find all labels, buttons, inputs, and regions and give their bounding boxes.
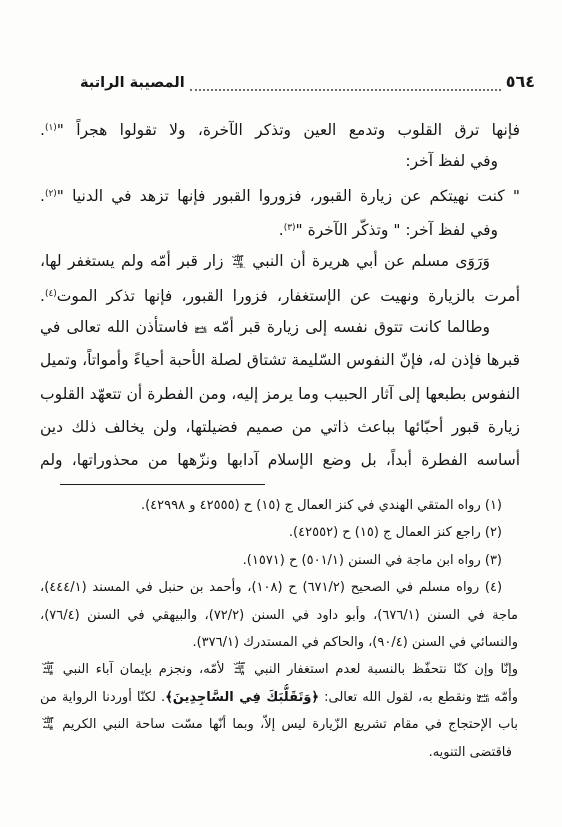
header-title: المصيبة الراتبة (80, 75, 185, 91)
text-segment: وطالما كانت تتوق نفسه إلى زيارة قبر أمّه (207, 318, 490, 336)
text-segment: باب الإحتجاج في مقام تشريع الزّيارة ليس … (56, 717, 518, 732)
footnote-line: باب الإحتجاج في مقام تشريع الزّيارة ليس … (40, 711, 518, 738)
text-segment: (٤) رواه مسلم في الصحيح (٦٧١/٢) ح (١٠٨)،… (40, 580, 502, 601)
body-line: " كنت نهيتكم عن زيارة القبور، فزوروا الق… (40, 178, 520, 211)
footnote-line: والنسائي في السنن (٩٠/٤)، والحاكم في الم… (40, 629, 518, 656)
footnote-separator (60, 484, 265, 485)
text-segment: وإنّا وإن كنّا نتحفّظ بالنسبة لعدم استغف… (247, 662, 518, 677)
body-line: وَرَوَى مسلم عن أبي هريرة أن النبي صلى ا… (40, 245, 520, 278)
text-segment: أمرت بالزيارة ونهيت عن الإستغفار، فزورا … (57, 287, 520, 305)
body-line: أمرت بالزيارة ونهيت عن الإستغفار، فزورا … (40, 278, 520, 311)
book-page: ٥٦٤ المصيبة الراتبة فإنها ترق القلوب وتد… (0, 0, 562, 827)
text-segment: النفوس بطبعها إلى آثار الحبيب وما يرمز إ… (40, 385, 520, 403)
footnote-line: وأمّه عليها السلام ونقطع به، لقول الله ت… (40, 684, 518, 711)
text-segment: " كنت نهيتكم عن زيارة القبور، فزوروا الق… (57, 187, 520, 205)
text-segment: لأمّه، ونجزم بإيمان آباء النبي (56, 662, 231, 677)
body-line: وفي لفظ آخر: " وتذكّر الآخرة "(٣). (40, 212, 520, 245)
page-number: ٥٦٤ (506, 72, 535, 91)
footnote-line: (٤) رواه مسلم في الصحيح (٦٧١/٢) ح (١٠٨)،… (40, 574, 518, 601)
text-segment: فاقتضى التنويه. (429, 745, 512, 760)
honorific-as-icon: عليها السلام (477, 694, 489, 702)
text-segment: وَرَوَى مسلم عن أبي هريرة أن النبي (246, 252, 490, 270)
text-segment: أساسه الفطرة أبداً، بل وضع الإسلام آدابه… (40, 451, 520, 469)
text-segment: قبرها فإذن له، فإنّ النفوس السّليمة تشتا… (40, 351, 520, 369)
text-segment: وأمّه (489, 690, 518, 705)
honorific-pbuh-icon: صلى الله عليه وآله (231, 661, 247, 675)
footnote-ref: (٢) (45, 189, 57, 199)
honorific-pbuh-icon: صلى الله عليه وآله (230, 254, 246, 268)
quran-verse: ﴿وَتَقَلُّبَكَ فِي السَّاجِدِينَ﴾ (165, 690, 319, 705)
text-segment: (٢) راجع كنز العمال ج (١٥) ح (٤٢٥٥٢). (289, 525, 502, 540)
body-line: أساسه الفطرة أبداً، بل وضع الإسلام آدابه… (40, 444, 520, 477)
footnote-ref: (٤) (45, 289, 57, 299)
body-line: زيارة قبور أحبّائها بباعث ذاتي من صميم ف… (40, 411, 520, 444)
body-line: النفوس بطبعها إلى آثار الحبيب وما يرمز إ… (40, 378, 520, 411)
text-segment: وفي لفظ آخر: (405, 152, 498, 170)
text-segment: (١) رواه المتقي الهندي في كنز العمال ج (… (141, 498, 502, 513)
honorific-pbuh-icon: صلى الله عليه وآله (40, 661, 56, 675)
footnote-line: (٣) رواه ابن ماجة في السنن (٥٠١/١) ح (١٥… (40, 547, 518, 574)
footnote-ref: (١) (45, 123, 57, 133)
body-line: فإنها ترق القلوب وتدمع العين وتذكر الآخر… (40, 112, 520, 145)
text-segment: ونقطع به، لقول الله تعالى: (319, 690, 477, 705)
footnote-line: (١) رواه المتقي الهندي في كنز العمال ج (… (40, 492, 518, 519)
body-text: فإنها ترق القلوب وتدمع العين وتذكر الآخر… (40, 112, 520, 477)
honorific-pbuh-icon: صلى الله عليه وآله (40, 716, 56, 730)
text-segment: والنسائي في السنن (٩٠/٤)، والحاكم في الم… (192, 635, 518, 650)
footnote-line: فاقتضى التنويه. (40, 739, 518, 766)
header-dotted-leader-icon (190, 76, 501, 91)
honorific-as-icon: عليها السلام (195, 326, 207, 334)
footnotes: (١) رواه المتقي الهندي في كنز العمال ج (… (40, 492, 518, 766)
footnote-line: (٢) راجع كنز العمال ج (١٥) ح (٤٢٥٥٢). (40, 519, 518, 546)
body-line: وطالما كانت تتوق نفسه إلى زيارة قبر أمّه… (40, 311, 520, 344)
text-segment: فإنها ترق القلوب وتدمع العين وتذكر الآخر… (57, 121, 520, 139)
page-header: ٥٦٤ المصيبة الراتبة (80, 72, 535, 91)
text-segment: (٣) رواه ابن ماجة في السنن (٥٠١/١) ح (١٥… (243, 553, 502, 568)
footnote-line: وإنّا وإن كنّا نتحفّظ بالنسبة لعدم استغف… (40, 656, 518, 683)
footnote-ref: (٣) (284, 223, 296, 233)
text-segment: زيارة قبور أحبّائها بباعث ذاتي من صميم ف… (40, 418, 520, 436)
text-segment: وفي لفظ آخر: " وتذكّر الآخرة " (296, 221, 498, 239)
footnote-line: ماجة في السنن (٦٧٦/١)، وأبو داود في السن… (40, 602, 518, 629)
text-segment: . لكنّا أوردنا الرواية من (40, 690, 165, 705)
body-line: وفي لفظ آخر: (40, 145, 520, 178)
body-line: قبرها فإذن له، فإنّ النفوس السّليمة تشتا… (40, 344, 520, 377)
text-segment: ماجة في السنن (٦٧٦/١)، وأبو داود في السن… (40, 608, 518, 623)
